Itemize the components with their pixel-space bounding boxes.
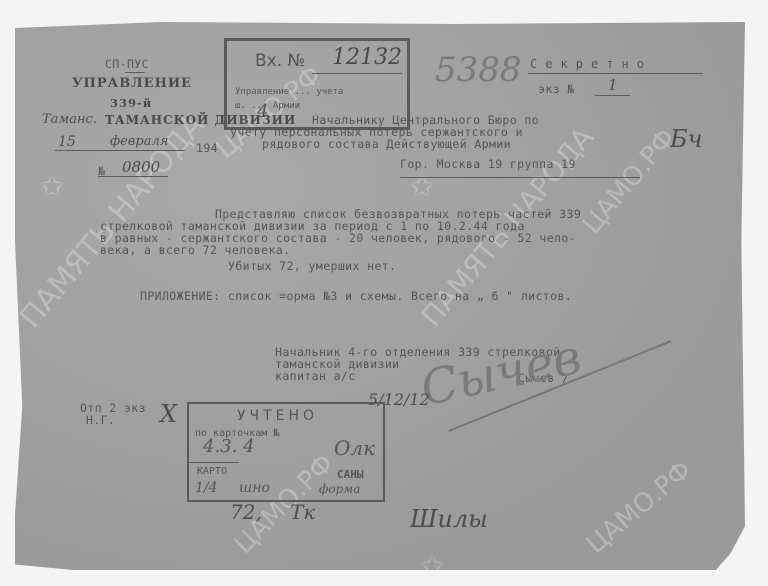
pencil-number: 5388: [435, 50, 522, 90]
accounted-stamp-cards-word: КАРТО: [197, 466, 227, 477]
footer-signature: Шилы: [410, 505, 488, 533]
distribution-mark: X: [160, 400, 177, 428]
copy-number: 1: [608, 76, 618, 94]
body-attachment: ПРИЛОЖЕНИЕ: список =орма №3 и схемы. Все…: [140, 290, 572, 302]
body-line5: Убитых 72, умерших нет.: [228, 260, 396, 272]
stamp-number-underline: [312, 73, 402, 74]
accounted-stamp-bottom-left: 1/4: [195, 480, 218, 496]
accounted-stamp-bottom-sig: форма: [319, 482, 360, 496]
accounted-stamp-bottom-hand: шно: [239, 480, 270, 496]
letterhead-number-value: 0800: [122, 158, 160, 176]
copy-underline: [595, 95, 630, 96]
letterhead-org-line2: 339-й: [110, 97, 152, 109]
number-underline: [98, 176, 168, 177]
star-watermark-icon: ✩: [40, 160, 64, 206]
letterhead-date-day: 15: [58, 134, 76, 150]
incoming-stamp-handwritten: 4: [257, 101, 268, 122]
copy-label: экз №: [538, 83, 575, 95]
date-underline: [55, 150, 185, 151]
accounted-stamp-title: УЧТЕНО: [237, 408, 318, 424]
footer-note: Тк: [290, 500, 315, 524]
letterhead-org-line1: УПРАВЛЕНИЕ: [72, 78, 192, 90]
stamp-divider: [189, 462, 239, 463]
distribution-line2: Н.Г.: [86, 414, 115, 426]
accounted-stamp-right-hand: Олк: [334, 436, 375, 460]
letterhead-handwritten-unit: Таманс.: [42, 112, 97, 127]
incoming-stamp-line1: Управление ... учета: [235, 87, 343, 97]
letterhead-date-month: февраля: [110, 134, 168, 149]
classification-label: С е к р е т н о: [530, 58, 644, 70]
accounted-stamp-right-label: САНЫ: [337, 468, 364, 481]
incoming-stamp-number: 12132: [332, 45, 402, 70]
margin-note: Бч: [670, 125, 703, 153]
addressee-city: Гор. Москва 19 группа 19: [400, 158, 576, 170]
addressee-line3: рядового состава Действующей Армии: [262, 138, 511, 150]
classification-underline: [528, 73, 703, 74]
addressee-underline: [400, 177, 640, 178]
footer-count: 72,: [230, 500, 262, 524]
body-line4: века, а всего 72 человека.: [100, 244, 290, 256]
divider: [125, 72, 145, 73]
star-watermark-icon: ✩: [420, 540, 444, 586]
letterhead-date-year: 194: [196, 142, 218, 154]
accounted-stamp-cards-value: 4.3. 4: [203, 436, 255, 457]
letterhead-ref: СП-ПУС: [105, 58, 149, 70]
accounted-stamp: УЧТЕНО по карточкам № 4.3. 4 КАРТО Олк С…: [187, 402, 385, 502]
signature-line3: капитан а/с: [275, 370, 356, 382]
incoming-stamp-label: Вх. №: [255, 51, 305, 71]
